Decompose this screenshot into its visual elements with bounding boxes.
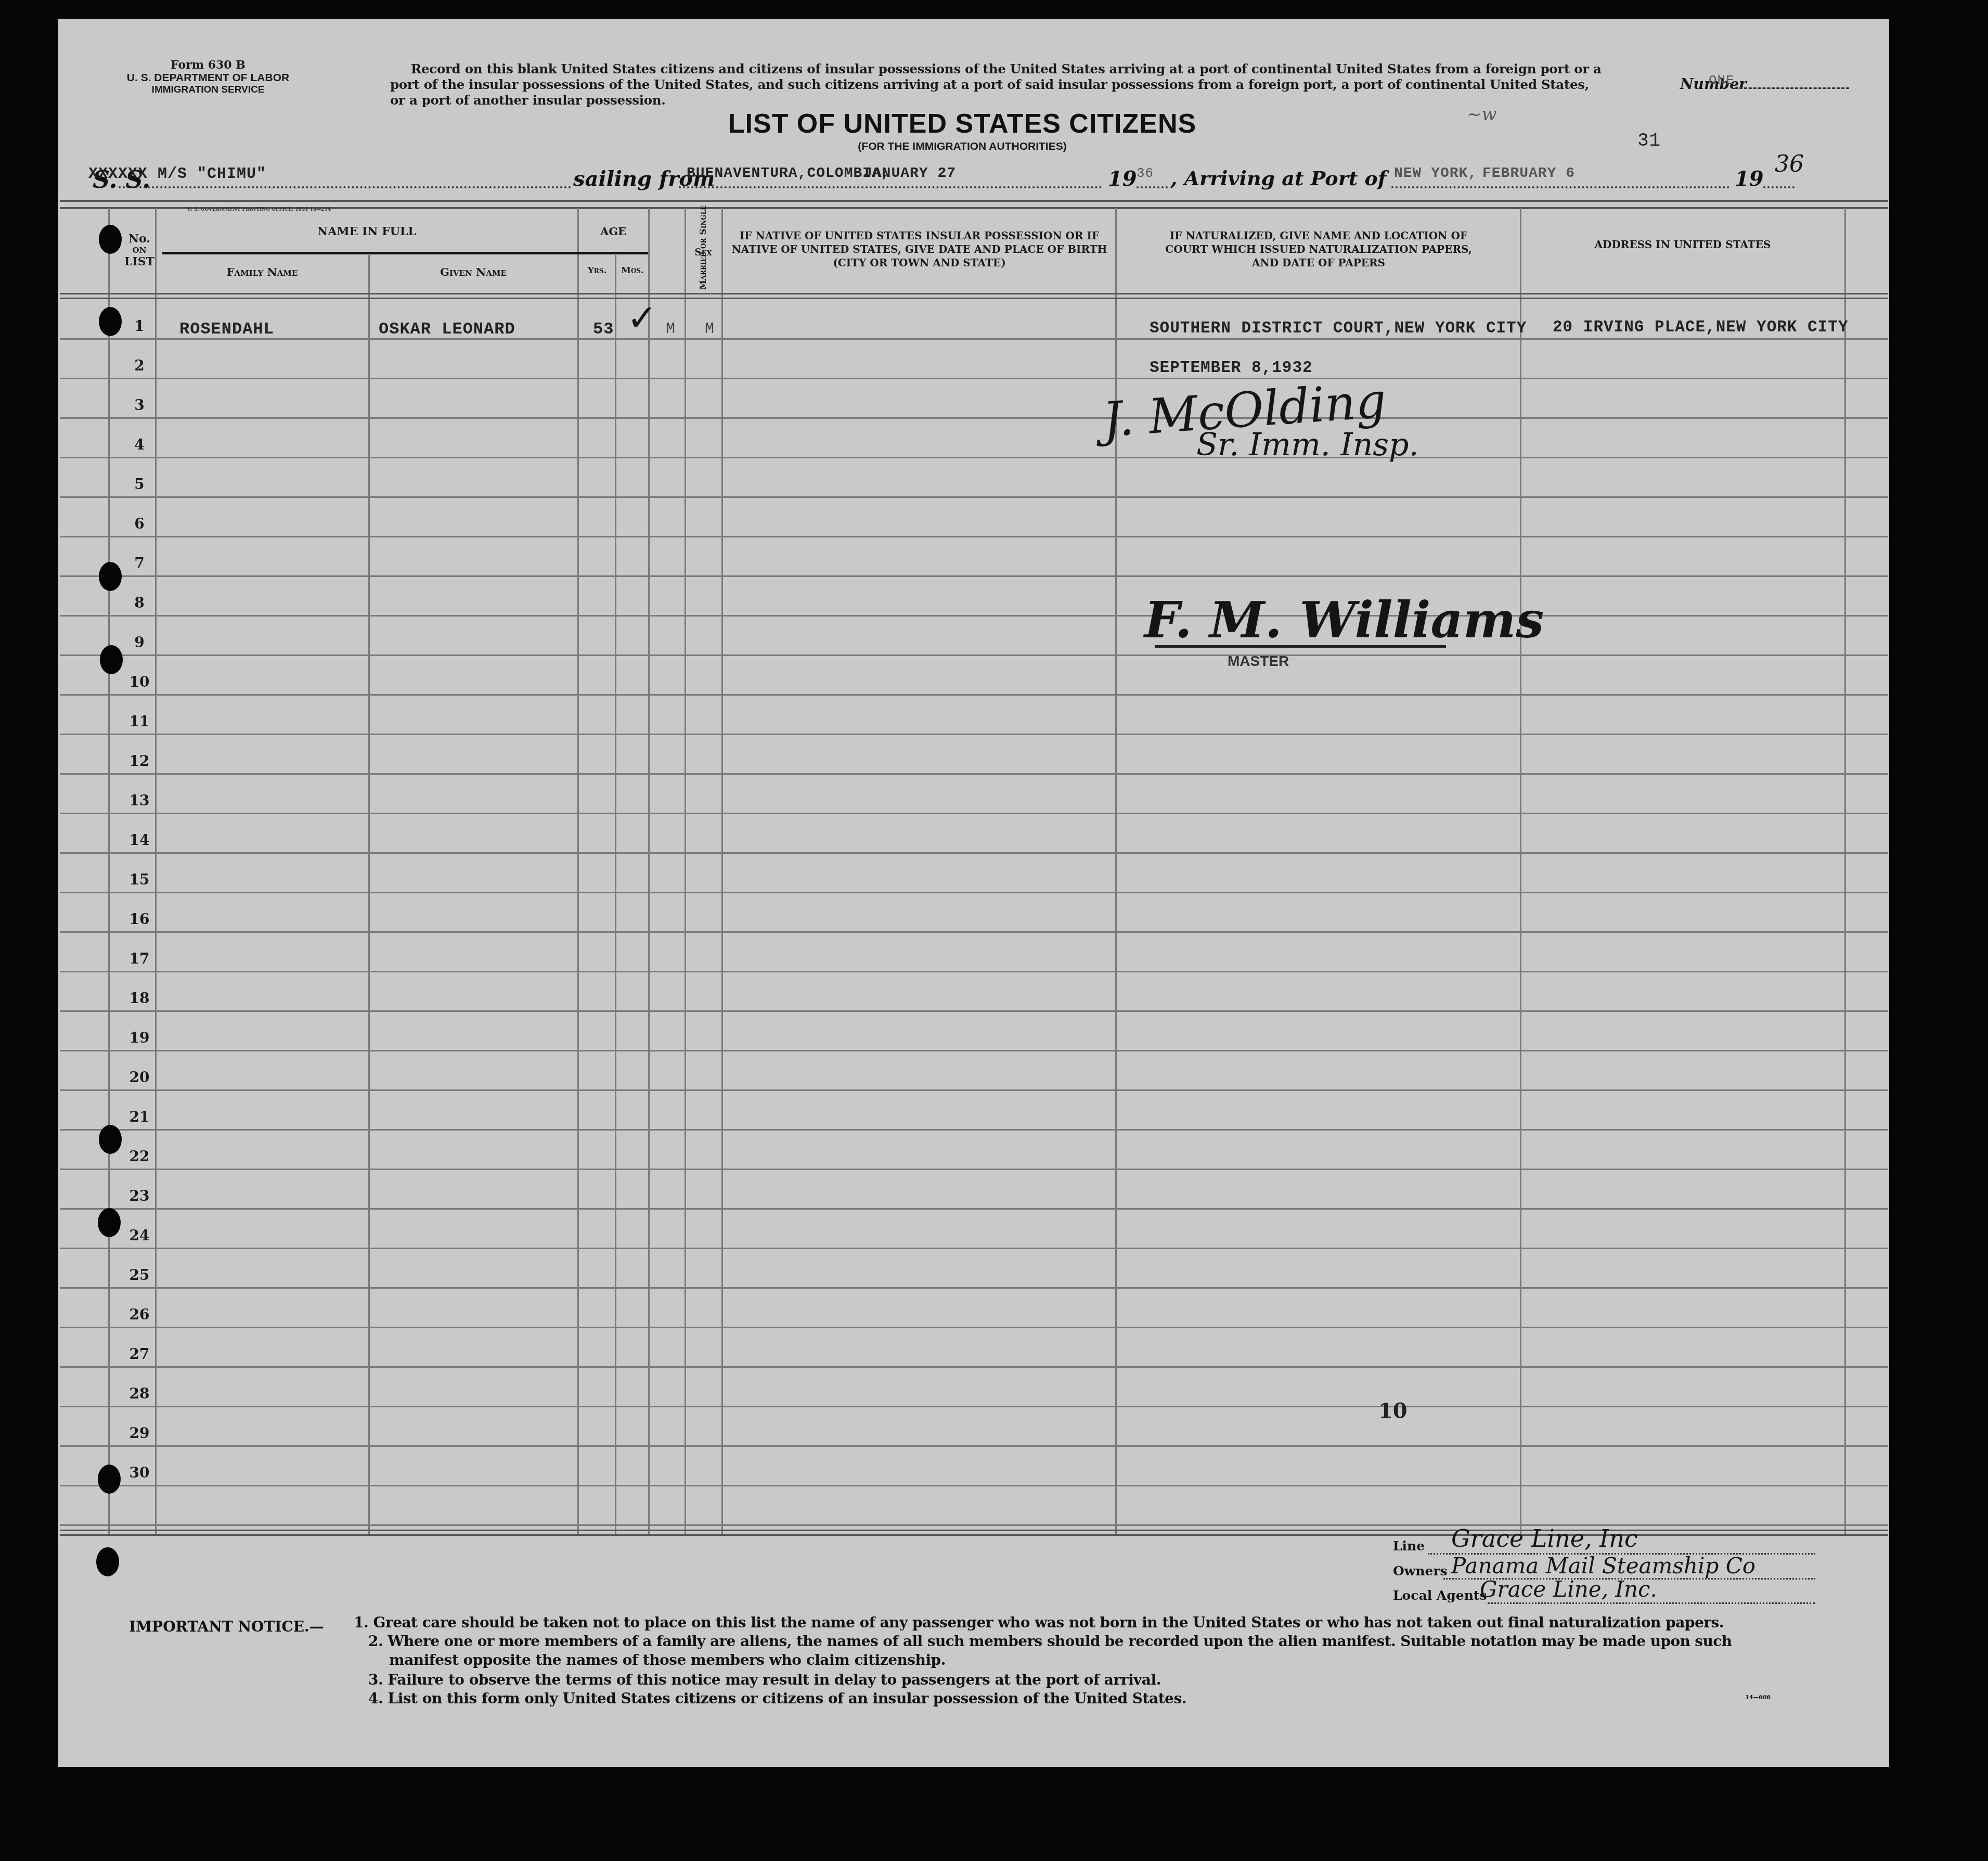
row-number: 12 (124, 752, 155, 769)
row-line (60, 931, 1888, 933)
printing-office-note: U. S. GOVERNMENT PRINTING OFFICE: 1931 1… (187, 207, 331, 212)
header-native: IF NATIVE OF UNITED STATES INSULAR POSSE… (728, 229, 1111, 269)
row-line (60, 734, 1888, 735)
row-number: 30 (124, 1464, 155, 1481)
col-line-naturalized (1520, 208, 1521, 1534)
header-given-name: Given Name (369, 265, 577, 279)
row-line (60, 654, 1888, 656)
punch-hole (98, 1465, 121, 1494)
punch-hole (98, 1208, 121, 1237)
header-double-rule (60, 200, 1888, 209)
row-line (60, 1050, 1888, 1051)
row-line (60, 417, 1888, 419)
row-line (60, 338, 1888, 340)
instructions: Record on this blank United States citiz… (390, 61, 1602, 108)
row1-address: 20 IRVING PLACE,NEW YORK CITY (1553, 318, 1849, 337)
row-number: 21 (124, 1108, 155, 1125)
row-number: 11 (124, 713, 155, 730)
row-number: 10 (124, 673, 155, 690)
col-line-mos (648, 208, 650, 1534)
header-family-name: Family Name (156, 265, 368, 279)
agents-dotted-line (1488, 1602, 1815, 1604)
department: U. S. DEPARTMENT OF LABOR (104, 72, 312, 84)
row-number: 29 (124, 1424, 155, 1442)
row-number: 20 (124, 1069, 155, 1086)
vessel-dotted-line (119, 186, 571, 188)
header-married-or-single: Married or Single (698, 201, 708, 294)
row-line (60, 1366, 1888, 1368)
row1-married-or-single: M (705, 320, 715, 338)
notice-2: 2. Where one or more members of a family… (368, 1633, 1732, 1650)
header-no-on-list: No. ON LIST (119, 233, 160, 267)
notice-label: IMPORTANT NOTICE.— (129, 1618, 324, 1635)
row-number: 16 (124, 910, 155, 928)
notice-4: 4. List on this form only United States … (368, 1690, 1186, 1707)
row-number: 17 (124, 950, 155, 967)
punch-hole (99, 307, 122, 336)
col-line-given (577, 208, 579, 1534)
page-title: LIST OF UNITED STATES CITIZENS (676, 108, 1248, 139)
row-number: 6 (124, 515, 155, 532)
sailing-date: JANUARY 27 (863, 165, 956, 182)
punch-hole (99, 562, 122, 591)
row-line (60, 1327, 1888, 1328)
notice-2-cont: manifest opposite the names of those mem… (389, 1651, 946, 1669)
row-line (60, 971, 1888, 972)
service: IMMIGRATION SERVICE (104, 84, 312, 96)
row-number: 24 (124, 1227, 155, 1244)
row-line (60, 773, 1888, 775)
line-value: Grace Line, Inc (1451, 1524, 1638, 1552)
row-line (60, 1129, 1888, 1131)
header-no: No. (119, 233, 160, 245)
sailing-year: 36 (1137, 165, 1154, 181)
row1-naturalized-date: SEPTEMBER 8,1932 (1150, 359, 1313, 377)
arriving-date: FEBRUARY 6 (1482, 165, 1575, 182)
row-line (60, 457, 1888, 458)
row-number: 27 (124, 1345, 155, 1363)
arriving-port: NEW YORK, (1394, 165, 1477, 182)
row-line (60, 1089, 1888, 1091)
row-line (60, 1406, 1888, 1407)
row-number: 4 (124, 436, 155, 453)
row-number: 19 (124, 1029, 155, 1046)
page-stamp: 10 (1378, 1398, 1408, 1423)
header-scribble: ~w (1467, 104, 1497, 125)
header-yrs: Yrs. (578, 265, 616, 276)
name-header-rule (162, 252, 648, 254)
punch-hole (100, 645, 123, 674)
row1-naturalized-court: SOUTHERN DISTRICT COURT,NEW YORK CITY (1150, 319, 1527, 338)
row-line (60, 813, 1888, 814)
inspector-title: Sr. Imm. Insp. (1196, 427, 1419, 463)
punch-hole (99, 1125, 122, 1154)
agents-value: Grace Line, Inc. (1480, 1576, 1657, 1602)
punch-hole (96, 1547, 119, 1576)
row-number: 18 (124, 990, 155, 1007)
row-line (60, 536, 1888, 537)
row-number: 7 (124, 555, 155, 572)
arriving-year-dotted-line (1763, 186, 1795, 188)
page-subtitle: (FOR THE IMMIGRATION AUTHORITIES) (780, 140, 1144, 153)
row-number: 14 (124, 831, 155, 849)
header-list: LIST (119, 256, 160, 267)
row-number: 26 (124, 1306, 155, 1323)
line-label: Line (1393, 1538, 1425, 1554)
number-value: ONE (1709, 73, 1735, 88)
number-dotted-line (1735, 87, 1849, 89)
master-label: MASTER (1228, 653, 1289, 670)
row-number: 5 (124, 476, 155, 493)
row-line (60, 1485, 1888, 1486)
row-line (60, 892, 1888, 893)
row-line (60, 378, 1888, 379)
row-number: 8 (124, 594, 155, 611)
arriving-dotted-line (1391, 186, 1729, 188)
sailing-year-dotted-line (1137, 186, 1168, 188)
row-line (60, 1208, 1888, 1210)
row1-family-name: ROSENDAHL (179, 319, 274, 339)
col-line-yrs (615, 255, 616, 1534)
agents-label: Local Agents (1393, 1588, 1487, 1603)
arriving-year-prefix: 19 (1735, 166, 1764, 191)
row1-sex: M (666, 320, 676, 338)
header-name-in-full: NAME IN FULL (156, 225, 577, 239)
sailing-date-dotted-line (857, 186, 1102, 188)
col-line-family (368, 255, 370, 1534)
notice-1: 1. Great care should be taken not to pla… (354, 1614, 1724, 1631)
header-naturalized: IF NATURALIZED, GIVE NAME AND LOCATION O… (1124, 229, 1514, 269)
owners-label: Owners (1393, 1563, 1448, 1578)
owners-value: Panama Mail Steamship Co (1451, 1553, 1755, 1578)
row-line (60, 575, 1888, 577)
sailing-from-port: BUENAVENTURA,COLOMBIA, (687, 165, 890, 182)
row-line (60, 615, 1888, 617)
row-line (60, 852, 1888, 854)
row-line (60, 1010, 1888, 1012)
col-line-sex (685, 208, 686, 1534)
list-number: 31 (1637, 130, 1661, 151)
vessel-name: XXXXXX M/S "CHIMU" (88, 165, 266, 183)
punch-hole (99, 225, 122, 254)
row-number: 28 (124, 1385, 155, 1402)
table-header-rule (60, 293, 1888, 299)
row-number: 22 (124, 1148, 155, 1165)
col-line-margin (108, 208, 110, 1534)
row-number: 1 (124, 317, 155, 335)
row-number: 2 (124, 357, 155, 374)
row-number: 3 (124, 396, 155, 414)
form-code: 14—606 (1745, 1694, 1771, 1701)
notice-3: 3. Failure to observe the terms of this … (368, 1671, 1161, 1688)
row-number: 15 (124, 871, 155, 888)
row-number: 25 (124, 1266, 155, 1284)
row-line (60, 1169, 1888, 1170)
sailing-year-prefix: 19 (1108, 166, 1137, 191)
row1-age-yrs: 53 (593, 319, 614, 339)
row-line (60, 1248, 1888, 1249)
header-mos: Mos. (616, 265, 649, 276)
row-line (60, 496, 1888, 498)
master-signature-underline (1155, 645, 1446, 648)
col-line-no (155, 208, 157, 1534)
row1-given-name: OSKAR LEONARD (379, 319, 515, 339)
arriving-label: , Arriving at Port of (1170, 166, 1386, 190)
row1-age-mos-check: ✓ (627, 297, 657, 339)
header-on: ON (119, 245, 160, 256)
row-number: 23 (124, 1187, 155, 1204)
row-line (60, 1445, 1888, 1447)
row-number: 9 (124, 634, 155, 651)
header-address: ADDRESS IN UNITED STATES (1521, 238, 1844, 251)
row-number: 13 (124, 792, 155, 809)
row-line (60, 694, 1888, 696)
col-line-address (1844, 208, 1846, 1534)
master-signature: F. M. Williams (1144, 591, 1544, 649)
sailing-from-dotted-line (679, 186, 856, 188)
col-line-married (721, 208, 723, 1534)
form-number: Form 630 B (130, 58, 286, 73)
arriving-year: 36 (1775, 151, 1804, 177)
row-line (60, 1287, 1888, 1289)
header-age: AGE (578, 225, 648, 238)
